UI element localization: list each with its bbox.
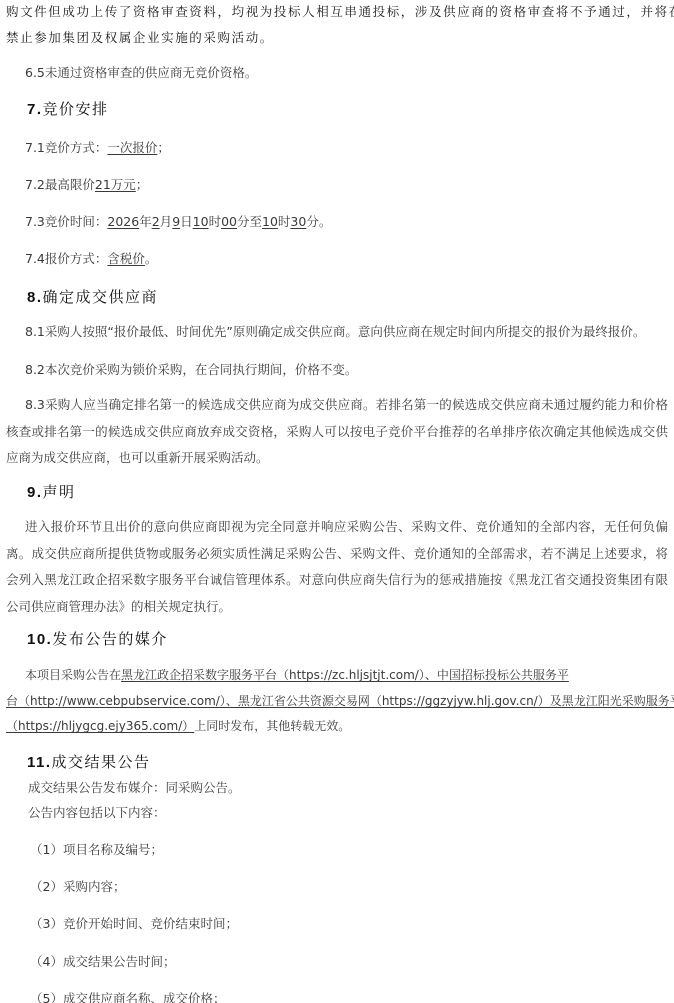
- punctuation: 。: [145, 251, 158, 266]
- clause-label: 7.4报价方式：: [25, 251, 107, 266]
- unit: 年: [139, 214, 152, 229]
- bid-day: 9: [172, 214, 180, 229]
- section-number: 7.: [27, 101, 43, 118]
- clause-8-2: 8.2本次竞价采购为锁价采购，在合同执行期间，价格不变。: [25, 360, 357, 378]
- media-lead-text: 本项目采购公告在: [25, 668, 121, 682]
- clause-label: 7.3竞价时间：: [25, 214, 107, 229]
- start-hour: 10: [193, 214, 209, 229]
- clause-7-4: 7.4报价方式：含税价。: [25, 249, 157, 267]
- max-price-value: 21万元: [95, 177, 136, 192]
- statement-paragraph: 进入报价环节且出价的意向供应商即视为完全同意并响应采购公告、采购文件、竞价通知的…: [6, 514, 668, 620]
- section-8-heading: 8.确定成交供应商: [27, 286, 158, 307]
- unit: 分至: [237, 214, 262, 229]
- section-number: 11.: [27, 754, 52, 771]
- result-item-4: （4）成交结果公告时间；: [30, 952, 175, 970]
- end-hour: 10: [262, 214, 278, 229]
- section-number: 9.: [27, 484, 43, 501]
- section-title: 竞价安排: [43, 100, 109, 118]
- clause-7-3: 7.3竞价时间：2026年2月9日10时00分至10时30分。: [25, 212, 331, 230]
- result-item-1: （1）项目名称及编号；: [30, 840, 163, 858]
- media-line-2: 台（http://www.cebpubservice.com/）、黑龙江省公共资…: [6, 689, 668, 714]
- media-line-3: （https://hljygcg.ejy365.com/）上同时发布，其他转载无…: [6, 714, 668, 739]
- section-title: 成交结果公告: [52, 753, 151, 771]
- section-title: 发布公告的媒介: [52, 630, 168, 648]
- section-title: 声明: [43, 483, 76, 501]
- quote-method-value: 含税价: [107, 251, 145, 266]
- clause-8-3: 8.3采购人应当确定排名第一的候选成交供应商为成交供应商。若排名第一的候选成交供…: [6, 392, 668, 472]
- end-minute: 30: [290, 214, 306, 229]
- section-title: 确定成交供应商: [43, 288, 159, 306]
- media-tail-text: 上同时发布，其他转载无效。: [194, 719, 350, 733]
- clause-8-1: 8.1采购人按照“报价最低、时间优先”原则确定成交供应商。意向供应商在规定时间内…: [25, 322, 645, 340]
- clause-7-2: 7.2最高限价21万元；: [25, 175, 148, 193]
- section-7-heading: 7.竞价安排: [27, 98, 109, 119]
- punctuation: ；: [136, 177, 149, 192]
- bid-year: 2026: [107, 214, 139, 229]
- bid-method-value: 一次报价: [107, 140, 157, 155]
- media-link-sunshine-procurement[interactable]: （https://hljygcg.ejy365.com/）: [6, 719, 194, 733]
- result-content-intro: 公告内容包括以下内容：: [28, 803, 166, 821]
- unit: 日: [180, 214, 193, 229]
- section-11-heading: 11.成交结果公告: [27, 751, 151, 772]
- start-minute: 00: [221, 214, 237, 229]
- intro-line-2: 禁止参加集团及权属企业实施的采购活动。: [6, 21, 668, 54]
- section-9-heading: 9.声明: [27, 481, 76, 502]
- media-line-1: 本项目采购公告在黑龙江政企招采数字服务平台（https://zc.hljsjtj…: [25, 663, 674, 688]
- clause-label: 7.1竞价方式：: [25, 140, 107, 155]
- result-item-2: （2）采购内容；: [30, 877, 125, 895]
- section-10-heading: 10.发布公告的媒介: [27, 628, 168, 649]
- media-link-platforms-1[interactable]: 黑龙江政企招采数字服务平台（https://zc.hljsjtjt.com/）、…: [121, 668, 569, 682]
- section-number: 8.: [27, 289, 43, 306]
- punctuation: ；: [157, 140, 170, 155]
- clause-6-5: 6.5未通过资格审查的供应商无竞价资格。: [25, 60, 674, 85]
- bid-month: 2: [152, 214, 160, 229]
- clause-7-1: 7.1竞价方式：一次报价；: [25, 138, 170, 156]
- result-item-5: （5）成交供应商名称、成交价格；: [30, 989, 225, 1003]
- unit: 时: [209, 214, 222, 229]
- result-item-3: （3）竞价开始时间、竞价结束时间；: [30, 914, 238, 932]
- clause-label: 7.2最高限价: [25, 177, 95, 192]
- unit: 月: [160, 214, 173, 229]
- unit: 时: [278, 214, 291, 229]
- result-media: 成交结果公告发布媒介：同采购公告。: [28, 778, 241, 796]
- unit: 分。: [306, 214, 331, 229]
- section-number: 10.: [27, 631, 52, 648]
- media-link-platforms-2[interactable]: 台（http://www.cebpubservice.com/）、黑龙江省公共资…: [6, 694, 674, 708]
